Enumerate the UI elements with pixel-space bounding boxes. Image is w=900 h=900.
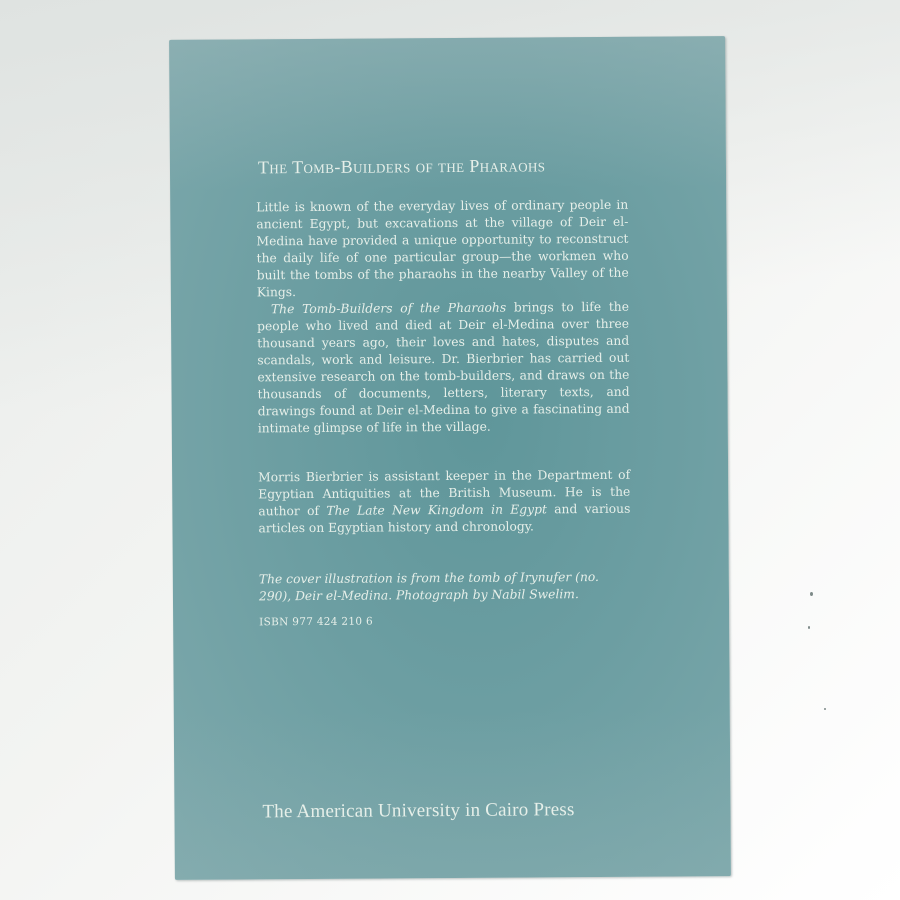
isbn: ISBN 977 424 210 6 [259,616,373,629]
book-back-cover: The Tomb-Builders of the Pharaohs Little… [169,36,731,880]
author-bio: Morris Bierbrier is assistant keeper in … [258,467,630,538]
author-other-book-title: The Late New Kingdom in Egypt [326,502,547,518]
book-title-italic: The Tomb-Builders of the Pharaohs [271,301,506,317]
surface-speck [810,592,813,596]
publisher-name: The American University in Cairo Press [262,799,634,824]
book-title: The Tomb-Builders of the Pharaohs [258,155,630,179]
description-paragraph-2-text: brings to life the people who lived and … [257,300,630,436]
surface-speck [808,626,810,629]
cover-illustration-caption: The cover illustration is from the tomb … [259,569,631,606]
surface-speck [824,708,826,710]
description-paragraph-2: The Tomb-Builders of the Pharaohs brings… [257,299,630,438]
description-paragraph-1: Little is known of the everyday lives of… [256,197,629,302]
